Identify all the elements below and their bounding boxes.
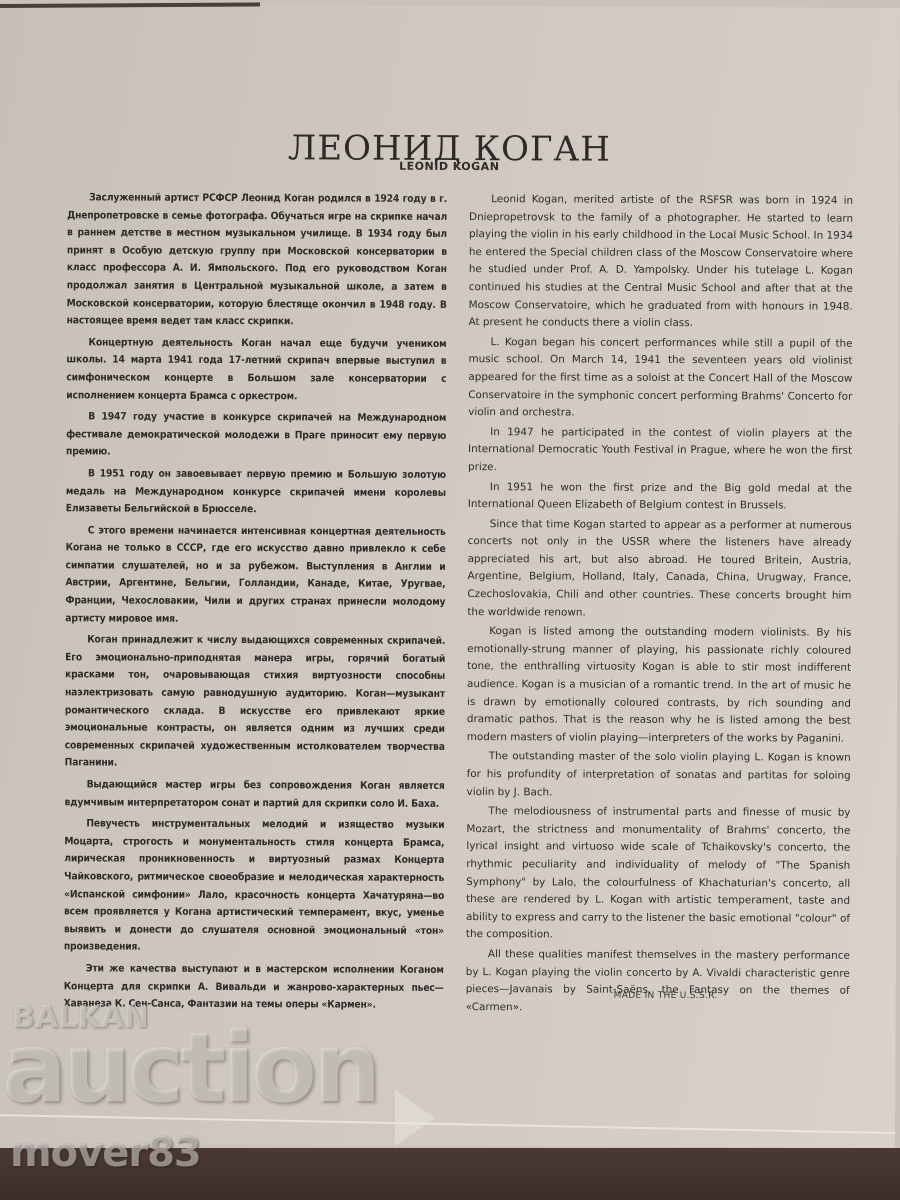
en-paragraph: Leonid Kogan, merited artiste of the RSF… xyxy=(469,191,854,333)
watermark-username: mover83 xyxy=(10,1130,201,1176)
ru-paragraph: Выдающийся мастер игры без сопровождения… xyxy=(64,776,444,813)
en-paragraph: In 1951 he won the first prize and the B… xyxy=(468,479,852,516)
ru-paragraph: Концертную деятельность Коган начал еще … xyxy=(66,334,446,406)
made-in-ussr-label: MADE IN THE U.S.S.R. xyxy=(614,991,718,1001)
ru-paragraph: Заслуженный артист РСФСР Леонид Коган ро… xyxy=(67,189,448,331)
play-arrow-icon xyxy=(395,1090,435,1146)
ru-paragraph: В 1951 году он завоевывает первую премию… xyxy=(66,465,446,519)
ru-paragraph: Коган принадлежит к числу выдающихся сов… xyxy=(65,632,446,774)
record-sleeve-back: ЛЕОНИД КОГАН LEONID KOGAN Заслуженный ар… xyxy=(0,4,900,1148)
en-paragraph: In 1947 he participated in the contest o… xyxy=(468,424,852,478)
en-paragraph: All these qualities manifest themselves … xyxy=(466,946,850,1018)
en-paragraph: The outstanding master of the solo violi… xyxy=(467,748,851,802)
title-english: LEONID KOGAN xyxy=(0,158,899,175)
english-text-column: Leonid Kogan, merited artiste of the RSF… xyxy=(466,191,854,1020)
sleeve-top-edge xyxy=(0,2,260,8)
ru-paragraph: В 1947 году участие в конкурсе скрипачей… xyxy=(66,408,446,462)
en-paragraph: The melodiousness of instrumental parts … xyxy=(466,803,851,945)
watermark-brand-main: auction xyxy=(2,1020,377,1116)
en-paragraph: Since that time Kogan started to appear … xyxy=(467,516,851,623)
en-paragraph: L. Kogan began his concert performances … xyxy=(468,334,852,424)
ru-paragraph: Певучесть инструментальных мелодий и изя… xyxy=(64,815,445,957)
ru-paragraph: С этого времени начинается интенсивная к… xyxy=(65,522,445,629)
russian-text-column: Заслуженный артист РСФСР Леонид Коган ро… xyxy=(64,189,448,1018)
en-paragraph: Kogan is listed among the outstanding mo… xyxy=(467,623,852,748)
